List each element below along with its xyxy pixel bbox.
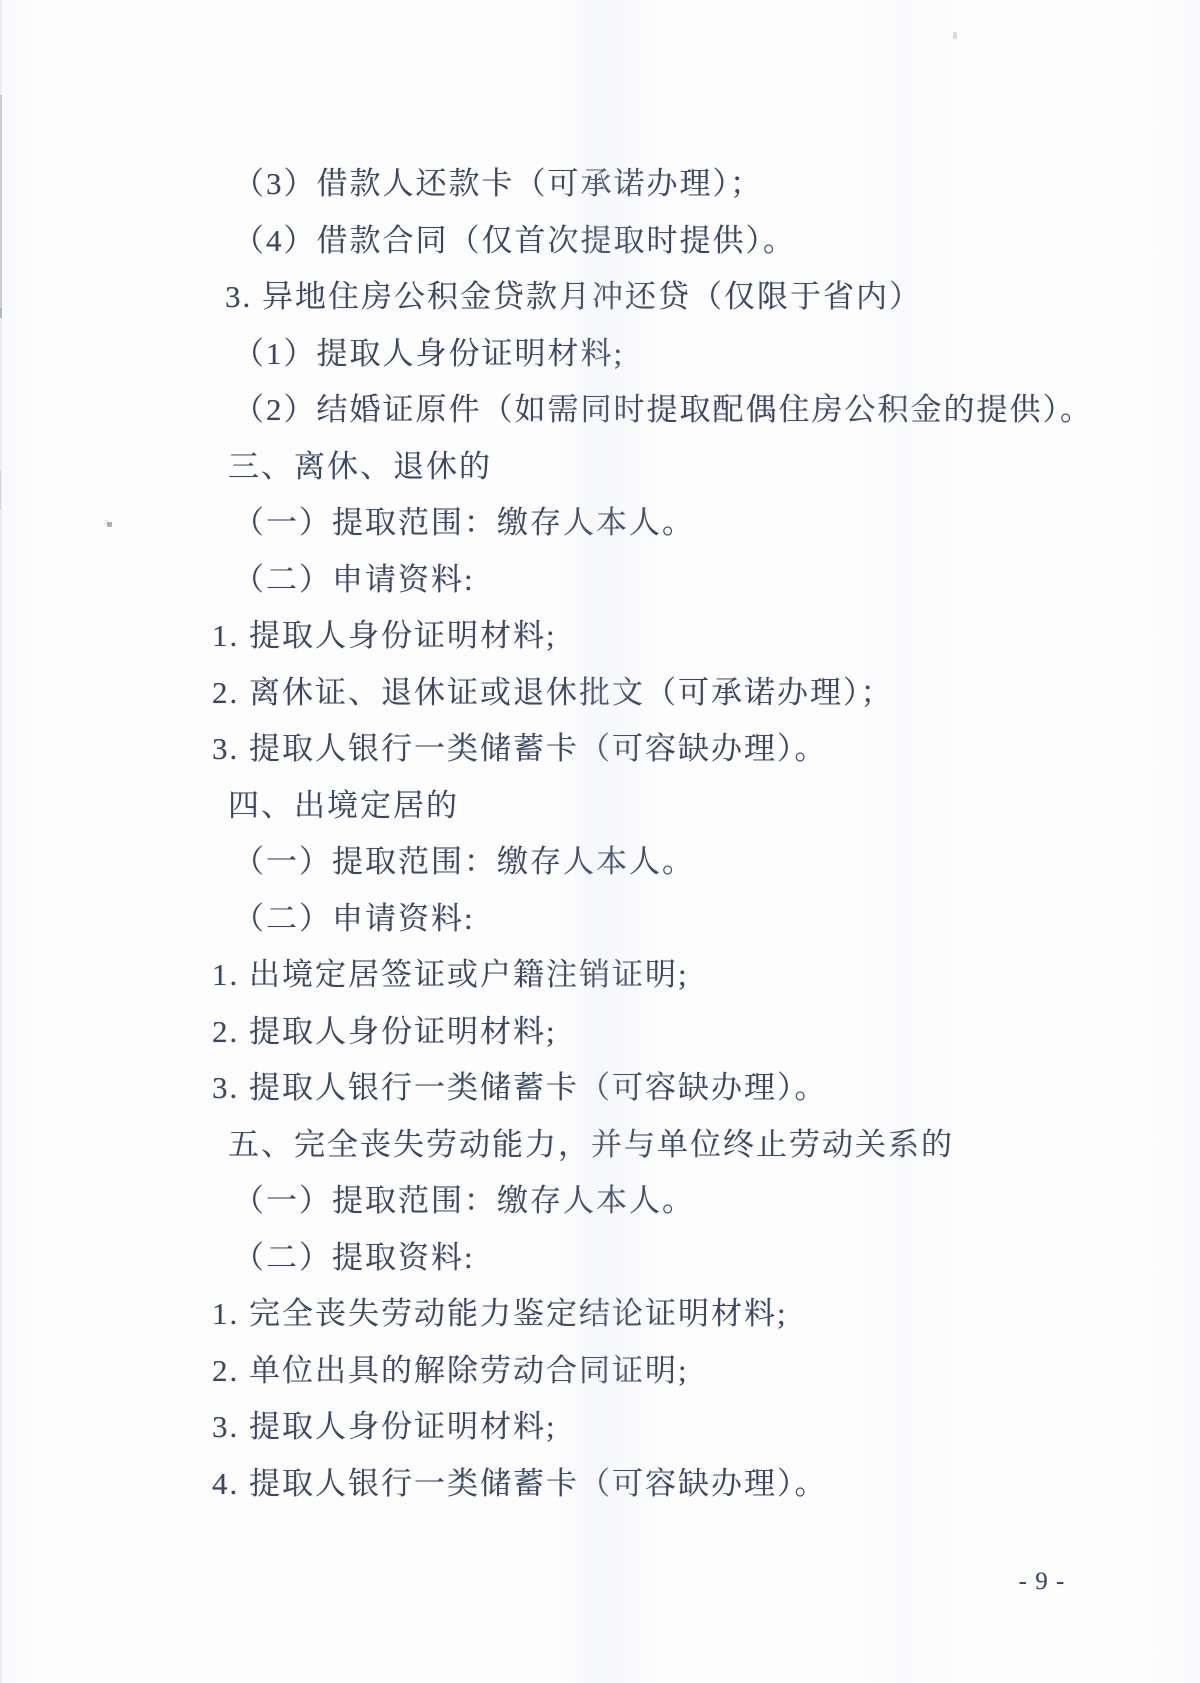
text-line: （二）提取资料: (0, 1230, 1200, 1287)
text-line: （一）提取范围：缴存人本人。 (0, 495, 1200, 552)
document-body: （3）借款人还款卡（可承诺办理）；（4）借款合同（仅首次提取时提供）。3. 异地… (0, 0, 1200, 1512)
text-line: （4）借款合同（仅首次提取时提供）。 (0, 213, 1200, 270)
text-line: 1. 提取人身份证明材料; (0, 608, 1200, 665)
text-line: 2. 提取人身份证明材料; (0, 1004, 1200, 1061)
text-line: 三、离休、退休的 (0, 439, 1200, 496)
text-line: （1）提取人身份证明材料; (0, 326, 1200, 383)
text-line: 五、完全丧失劳动能力，并与单位终止劳动关系的 (0, 1117, 1200, 1174)
text-line: （一）提取范围：缴存人本人。 (0, 834, 1200, 891)
text-line: 4. 提取人银行一类储蓄卡（可容缺办理）。 (0, 1456, 1200, 1513)
text-line: （一）提取范围：缴存人本人。 (0, 1173, 1200, 1230)
text-line: 2. 离休证、退休证或退休批文（可承诺办理）； (0, 665, 1200, 722)
text-line: 3. 提取人身份证明材料; (0, 1399, 1200, 1456)
text-line: （3）借款人还款卡（可承诺办理）； (0, 156, 1200, 213)
text-line: 3. 提取人银行一类储蓄卡（可容缺办理）。 (0, 1060, 1200, 1117)
text-line: 2. 单位出具的解除劳动合同证明; (0, 1343, 1200, 1400)
text-line: 1. 完全丧失劳动能力鉴定结论证明材料; (0, 1286, 1200, 1343)
page-number: - 9 - (1002, 1568, 1082, 1596)
text-line: 3. 异地住房公积金贷款月冲还贷（仅限于省内） (0, 269, 1200, 326)
document-page: （3）借款人还款卡（可承诺办理）；（4）借款合同（仅首次提取时提供）。3. 异地… (0, 0, 1200, 1683)
text-line: （2）结婚证原件（如需同时提取配偶住房公积金的提供）。 (0, 382, 1200, 439)
text-line: 1. 出境定居签证或户籍注销证明; (0, 947, 1200, 1004)
text-line: 四、出境定居的 (0, 778, 1200, 835)
text-line: 3. 提取人银行一类储蓄卡（可容缺办理）。 (0, 721, 1200, 778)
text-line: （二）申请资料: (0, 891, 1200, 948)
text-line: （二）申请资料: (0, 552, 1200, 609)
